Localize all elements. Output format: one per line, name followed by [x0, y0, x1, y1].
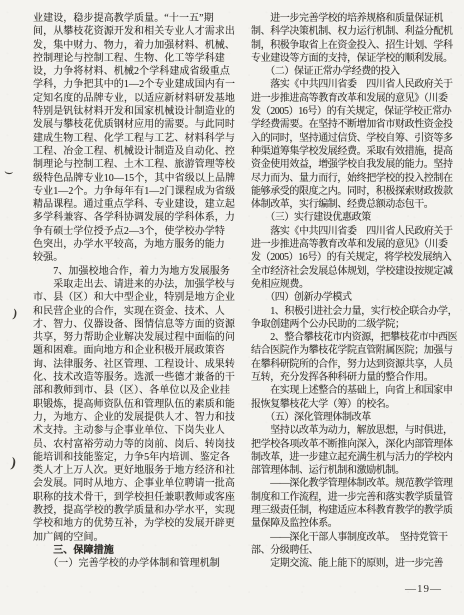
text-line: 会发展。同时从地方、企事业单位聘请一批高	[33, 477, 245, 490]
text-line: 进一步推进高等教育改革和发展的意见》（川委	[251, 92, 453, 105]
text-line: 种渠道筹集学校发展经费。采取有效措施，提高	[251, 145, 453, 158]
text-line: 7、加强校地合作，着力为地方发展服务	[33, 265, 245, 278]
text-line: 2、整合攀枝花市内资源，把攀枝花市中西医	[251, 331, 453, 344]
page-number: —19—	[405, 583, 442, 595]
text-line: 结合医院作为攀枝花学院直管附属医院；加强与	[251, 344, 453, 357]
text-line: 1、积极引进社会力量，实行校企联合办学，	[251, 305, 453, 318]
text-line: 市、县（区）和大中型企业，特别是地方企业	[33, 291, 245, 304]
text-line: 制、科学决策机制、权力运行机制、利益分配机	[251, 25, 453, 38]
text-line: 色突出，办学水平较高，为地方服务的能力	[33, 238, 245, 251]
text-line: 设，力争将材料、机械2个学科建成省级重点	[33, 65, 245, 78]
text-line: 业建设，稳步提高教学质量。“十一五”期	[33, 12, 245, 25]
text-line: 专业建设等方面的支持，保证学校的顺利发展。	[251, 52, 453, 65]
text-line: 和民营企业的合作，实现在资金、技术、人	[33, 305, 245, 318]
text-line: 部管理体制、运行机制和激励机制。	[251, 464, 453, 477]
text-line: 发（2005）16号）的有关规定，将学校发展纳入	[251, 251, 453, 264]
text-line: （一）完善学校的办学体制和管理机制	[33, 557, 245, 570]
text-line: 制度和工作流程，进一步完善和落实教学质量管	[251, 491, 453, 504]
text-line: 发展与攀枝花优质钢材应用的需要。与此同时	[33, 118, 245, 131]
text-line: 力，为地方、企业的发展提供人才、智力和技	[33, 411, 245, 424]
text-line: 制，积极争取省上在资金投入、招生计划、学科	[251, 39, 453, 52]
text-line: 化、技术改造等服务。选派一些德才兼备的干	[33, 371, 245, 384]
margin-pen-mark: )	[4, 171, 14, 175]
left-text-column: 业建设，稳步提高教学质量。“十一五”期间，从攀枝花资源开发和相关专业人才需求出发…	[33, 12, 245, 570]
text-line: ——深化干部人事制度改革。 坚持党管干	[251, 531, 453, 544]
text-line: 入的同时，坚持通过信贷、学校自筹、引资等多	[251, 132, 453, 145]
text-line: 能够承受的限度之内。同时，积极探索财政拨款	[251, 185, 453, 198]
text-line: 量保障及监控体系。	[251, 517, 453, 530]
text-line: 才、智力、仪器设备、图情信息等方面的资源	[33, 318, 245, 331]
text-line: 落实《中共四川省委 四川省人民政府关于	[251, 225, 453, 238]
text-line: 制理论与控制工程、土木工程、旅游管理等校	[33, 158, 245, 171]
text-line: 特别是钒钛材料开发和国家机械设计制造业的	[33, 105, 245, 118]
text-line: 控制理论与控制工程、生物、化工等学科建	[33, 52, 245, 65]
text-line: （二）保证正常办学经费的投入	[251, 65, 453, 78]
text-line: 精品课程。通过重点学科、专业建设，建立起	[33, 198, 245, 211]
text-line: 争有硕士学位授予点2—3个，使学校办学特	[33, 225, 245, 238]
text-line: 多学科兼容、各学科协调发展的学科体系，力	[33, 211, 245, 224]
text-line: 定知名度的品牌专业，以适应新材料研发基地	[33, 92, 245, 105]
text-line: 类人才上万人次。更好地服务于地方经济和社	[33, 464, 245, 477]
text-line: 专业1—2个。力争每年有1—2门课程成为省级	[33, 185, 245, 198]
text-line: 职锻炼，提高师资队伍和管理队伍的素质和能	[33, 398, 245, 411]
text-line: 学校和地方的优势互补，为学校的发展开辟更	[33, 517, 245, 530]
text-line: 能培训和技能鉴定，力争5年内培训、鉴定各	[33, 451, 245, 464]
text-line: 询、法律服务、社区管理、工程设计、成果转	[33, 358, 245, 371]
text-line: 题和困难。面向地方和企业积极开展政策咨	[33, 344, 245, 357]
text-line: 免相应规费。	[251, 278, 453, 291]
margin-pen-mark: )	[10, 456, 17, 473]
text-line: 较强。	[33, 251, 245, 264]
text-line: 学经费需要。在坚持不断增加省市财政性资金投	[251, 118, 453, 131]
text-line: 发（2005）16号）的有关规定，保证学校正常办	[251, 105, 453, 118]
text-line: （五）深化管理体制改革	[251, 411, 453, 424]
text-line: 理三级责任制，构建适应本科教育教学的教学质	[251, 504, 453, 517]
text-line: 间，从攀枝花资源开发和相关专业人才需求出	[33, 25, 245, 38]
text-line: 把学校各项改革不断推向深入，深化内部管理体	[251, 438, 453, 451]
right-text-column: 进一步完善学校的培养规格和质量保证机制、科学决策机制、权力运行机制、利益分配机制…	[251, 12, 453, 570]
text-line: 在实现上述整合的基础上，向省上和国家申	[251, 384, 453, 397]
text-line: 三、保障措施	[33, 544, 245, 557]
text-line: ——深化教学管理体制改革。规范教学管理	[251, 477, 453, 490]
text-line: 发，集中财力、物力，着力加强材料、机械、	[33, 39, 245, 52]
text-line: 资金使用效益，增强学校自我发展的能力。坚持	[251, 158, 453, 171]
text-line: 定期交流、能上能下的原则，进一步完善	[251, 557, 453, 570]
text-line: （三）实行建设优惠政策	[251, 211, 453, 224]
text-line: 工程、冶金工程、机械设计制造及自动化、控	[33, 145, 245, 158]
text-line: 在攀科研院所的合作，努力达到资源共享，人员	[251, 358, 453, 371]
text-line: 全市经济社会发展总体规划，学校建设按规定减	[251, 265, 453, 278]
text-line: 职称的技术骨干，到学校担任兼职教师或客座	[33, 491, 245, 504]
text-line: 进一步完善学校的培养规格和质量保证机	[251, 12, 453, 25]
text-line: 部和教师到市、县（区）、各单位以及企业挂	[33, 384, 245, 397]
text-line: （四）创新办学模式	[251, 291, 453, 304]
text-line: 进一步推进高等教育改革和发展的意见》（川委	[251, 238, 453, 251]
text-line: 制改革，进一步建立起充满生机与活力的学校内	[251, 451, 453, 464]
text-line: 部、分级聘任、	[251, 544, 453, 557]
text-line: 报恢复攀枝花大学（筹）的校名。	[251, 398, 453, 411]
text-line: 学科，力争把其中的1—2个专业建成国内有一	[33, 78, 245, 91]
text-line: 教授，提高学校的教学质量和办学水平，实现	[33, 504, 245, 517]
margin-pen-mark: )	[12, 306, 18, 321]
text-line: 争取创建两个公办民助的二级学院；	[251, 318, 453, 331]
text-line: 互转，充分发挥各种科研力量的整合作用。	[251, 371, 453, 384]
text-line: 术支持。主动参与企事业单位、下岗失业人	[33, 424, 245, 437]
scanned-document-page: 业建设，稳步提高教学质量。“十一五”期间，从攀枝花资源开发和相关专业人才需求出发…	[0, 0, 464, 615]
text-line: 落实《中共四川省委 四川省人民政府关于	[251, 78, 453, 91]
text-line: 坚持以改革为动力，解放思想，与时俱进，	[251, 424, 453, 437]
text-line: 加广阔的空间。	[33, 531, 245, 544]
text-line: 尽力而为、量力而行，始终把学校的投入控制在	[251, 172, 453, 185]
text-line: 采取走出去、请进来的办法，加强学校与	[33, 278, 245, 291]
text-line: 建成生物工程、化学工程与工艺、材料科学与	[33, 132, 245, 145]
text-line: 体制改革，实行编制、经费总额动态包干。	[251, 198, 453, 211]
text-line: 员、农村富裕劳动力等的岗前、岗后、转岗技	[33, 438, 245, 451]
text-line: 级特色品牌专业10—15个，其中省级以上品牌	[33, 172, 245, 185]
text-line: 共享，努力帮助企业解决发展过程中面临的问	[33, 331, 245, 344]
